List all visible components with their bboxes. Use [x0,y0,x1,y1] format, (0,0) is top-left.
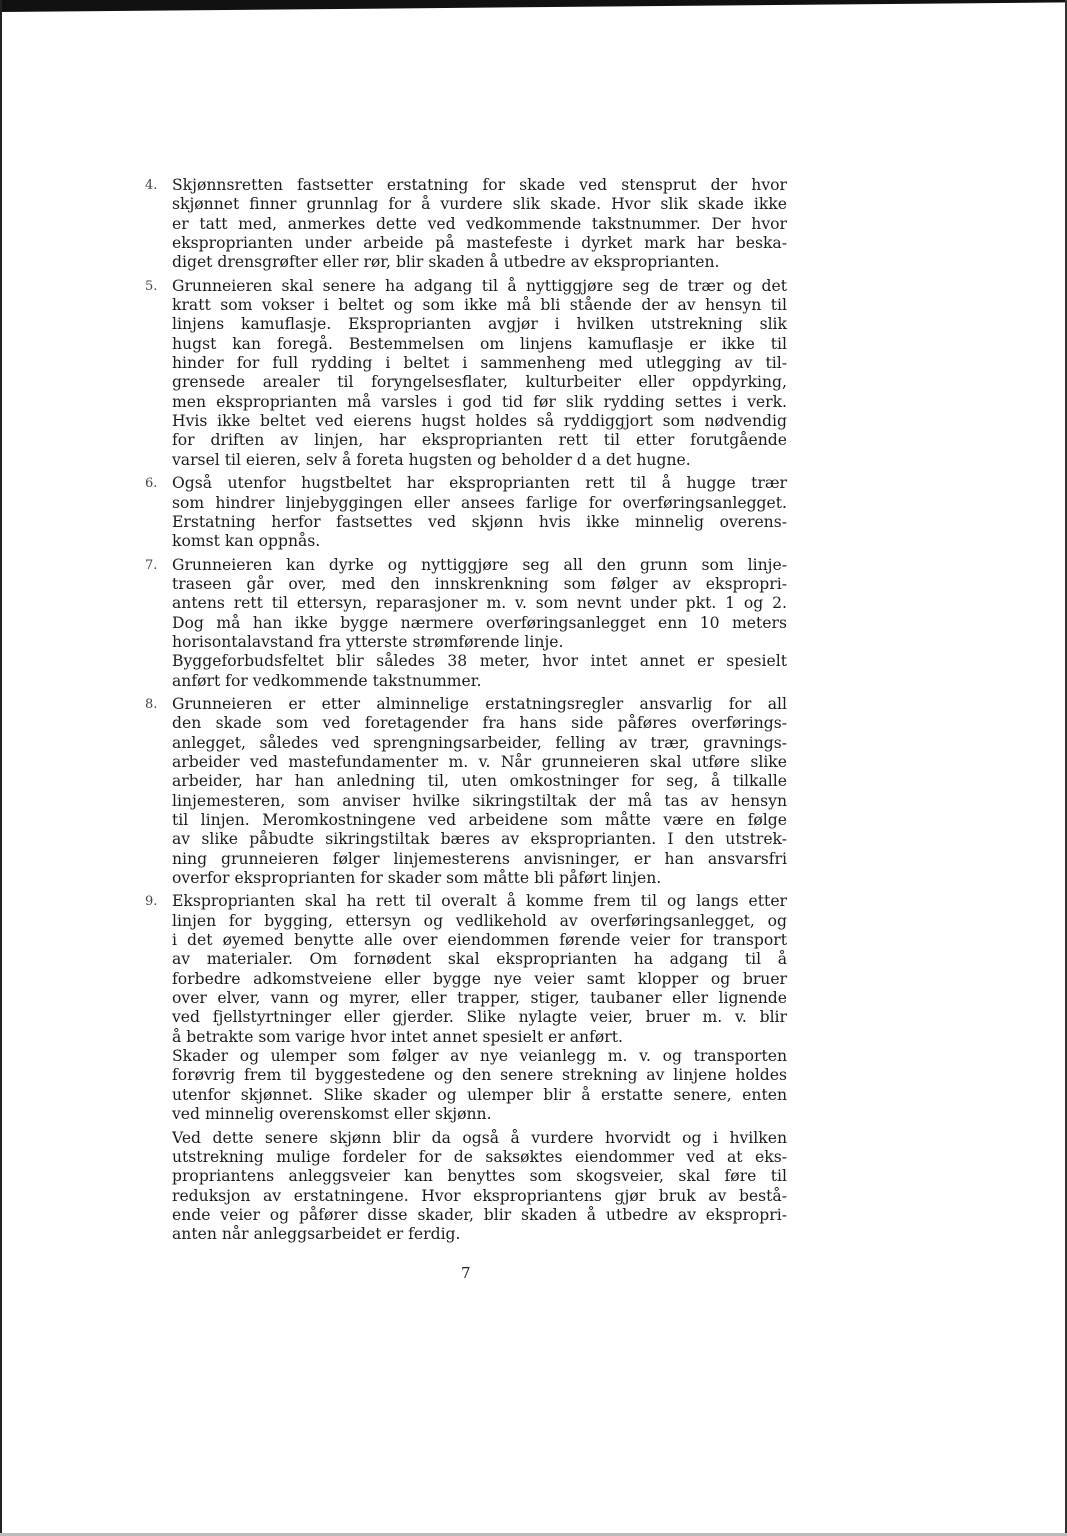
text-line: ved minnelig overenskomst eller skjønn. [172,1105,787,1124]
text-line: linjemesteren, som anviser hvilke sikrin… [172,792,787,811]
text-line: som hindrer linjebyggingen eller ansees … [172,494,787,513]
text-line: arbeider ved mastefundamenter m. v. Når … [172,753,787,772]
list-item: 4.Skjønnsretten fastsetter erstatning fo… [145,176,787,273]
list-item-number: 7. [145,556,157,575]
text-line: utstrekning mulige fordeler for de saksø… [172,1148,787,1167]
text-line: horisontalavstand fra ytterste strømføre… [172,633,787,652]
text-line: forøvrig frem til byggestedene og den se… [172,1066,787,1085]
paragraph: Eksproprianten skal ha rett til overalt … [172,892,787,1047]
text-line: anten når anleggsarbeidet er ferdig. [172,1225,787,1244]
page-number: 7 [461,1264,471,1282]
text-line: å betrakte som varige hvor intet annet s… [172,1028,787,1047]
text-line: over elver, vann og myrer, eller trapper… [172,989,787,1008]
list-item-number: 4. [145,176,157,195]
text-line: linjens kamuflasje. Eksproprianten avgjø… [172,315,787,334]
paragraph: Grunneieren skal senere ha adgang til å … [172,277,787,470]
text-line: men eksproprianten må varsles i god tid … [172,393,787,412]
list-item: 5.Grunneieren skal senere ha adgang til … [145,277,787,470]
text-line: Erstatning herfor fastsettes ved skjønn … [172,513,787,532]
text-line: Ved dette senere skjønn blir da også å v… [172,1129,787,1148]
list-item-number: 8. [145,695,157,714]
text-line: Grunneieren er etter alminnelige erstatn… [172,695,787,714]
text-line: reduksjon av erstatningene. Hvor eksprop… [172,1187,787,1206]
scan-top-border [0,0,1067,12]
text-line: propriantens anleggsveier kan benyttes s… [172,1167,787,1186]
text-line: linjen for bygging, ettersyn og vedlikeh… [172,912,787,931]
document-body: 4.Skjønnsretten fastsetter erstatning fo… [145,176,787,1249]
text-line: diget drensgrøfter eller rør, blir skade… [172,253,787,272]
text-line: Grunneieren skal senere ha adgang til å … [172,277,787,296]
text-line: er tatt med, anmerkes dette ved vedkomme… [172,215,787,234]
text-line: komst kan oppnås. [172,532,787,551]
text-line: hugst kan foregå. Bestemmelsen om linjen… [172,335,787,354]
text-line: for driften av linjen, har ekspropriante… [172,431,787,450]
text-line: arbeider, har han anledning til, uten om… [172,772,787,791]
text-line: overfor eksproprianten for skader som må… [172,869,787,888]
text-line: av materialer. Om fornødent skal eksprop… [172,950,787,969]
text-line: ende veier og påfører disse skader, blir… [172,1206,787,1225]
list-item: 9.Eksproprianten skal ha rett til overal… [145,892,787,1244]
text-line: Grunneieren kan dyrke og nyttiggjøre seg… [172,556,787,575]
text-line: Eksproprianten skal ha rett til overalt … [172,892,787,911]
paragraph: Grunneieren kan dyrke og nyttiggjøre seg… [172,556,787,653]
text-line: anlegget, således ved sprengningsarbeide… [172,734,787,753]
text-line: antens rett til ettersyn, reparasjoner m… [172,594,787,613]
paragraph: Grunneieren er etter alminnelige erstatn… [172,695,787,888]
text-line: Byggeforbudsfeltet blir således 38 meter… [172,652,787,671]
text-line: grensede arealer til foryngelsesflater, … [172,373,787,392]
paragraph: Også utenfor hugstbeltet har eksproprian… [172,474,787,551]
text-line: varsel til eieren, selv å foreta hugsten… [172,451,787,470]
text-line: ved fjellstyrtninger eller gjerder. Slik… [172,1008,787,1027]
text-line: forbedre adkomstveiene eller bygge nye v… [172,970,787,989]
text-line: utenfor skjønnet. Slike skader og ulempe… [172,1086,787,1105]
text-line: hinder for full rydding i beltet i samme… [172,354,787,373]
list-item-number: 6. [145,474,157,493]
list-item: 8.Grunneieren er etter alminnelige ersta… [145,695,787,888]
text-line: av slike påbudte sikringstiltak bæres av… [172,830,787,849]
text-line: ning grunneieren følger linjemesterens a… [172,850,787,869]
list-item: 7.Grunneieren kan dyrke og nyttiggjøre s… [145,556,787,691]
text-line: Også utenfor hugstbeltet har eksproprian… [172,474,787,493]
text-line: anført for vedkommende takstnummer. [172,672,787,691]
paragraph: Skjønnsretten fastsetter erstatning for … [172,176,787,273]
text-line: kratt som vokser i beltet og som ikke må… [172,296,787,315]
text-line: til linjen. Meromkostningene ved arbeide… [172,811,787,830]
text-line: eksproprianten under arbeide på mastefes… [172,234,787,253]
text-line: skjønnet finner grunnlag for å vurdere s… [172,195,787,214]
text-line: Skader og ulemper som følger av nye veia… [172,1047,787,1066]
text-line: den skade som ved foretagender fra hans … [172,714,787,733]
paragraph: Byggeforbudsfeltet blir således 38 meter… [172,652,787,691]
paragraph: Ved dette senere skjønn blir da også å v… [172,1129,787,1245]
text-line: Skjønnsretten fastsetter erstatning for … [172,176,787,195]
text-line: i det øyemed benytte alle over eiendomme… [172,931,787,950]
list-item-number: 5. [145,277,157,296]
list-item: 6.Også utenfor hugstbeltet har ekspropri… [145,474,787,551]
list-item-number: 9. [145,892,157,911]
text-line: traseen går over, med den innskrenkning … [172,575,787,594]
scan-left-border [0,0,2,1536]
text-line: Dog må han ikke bygge nærmere overføring… [172,614,787,633]
paragraph: Skader og ulemper som følger av nye veia… [172,1047,787,1124]
text-line: Hvis ikke beltet ved eierens hugst holde… [172,412,787,431]
